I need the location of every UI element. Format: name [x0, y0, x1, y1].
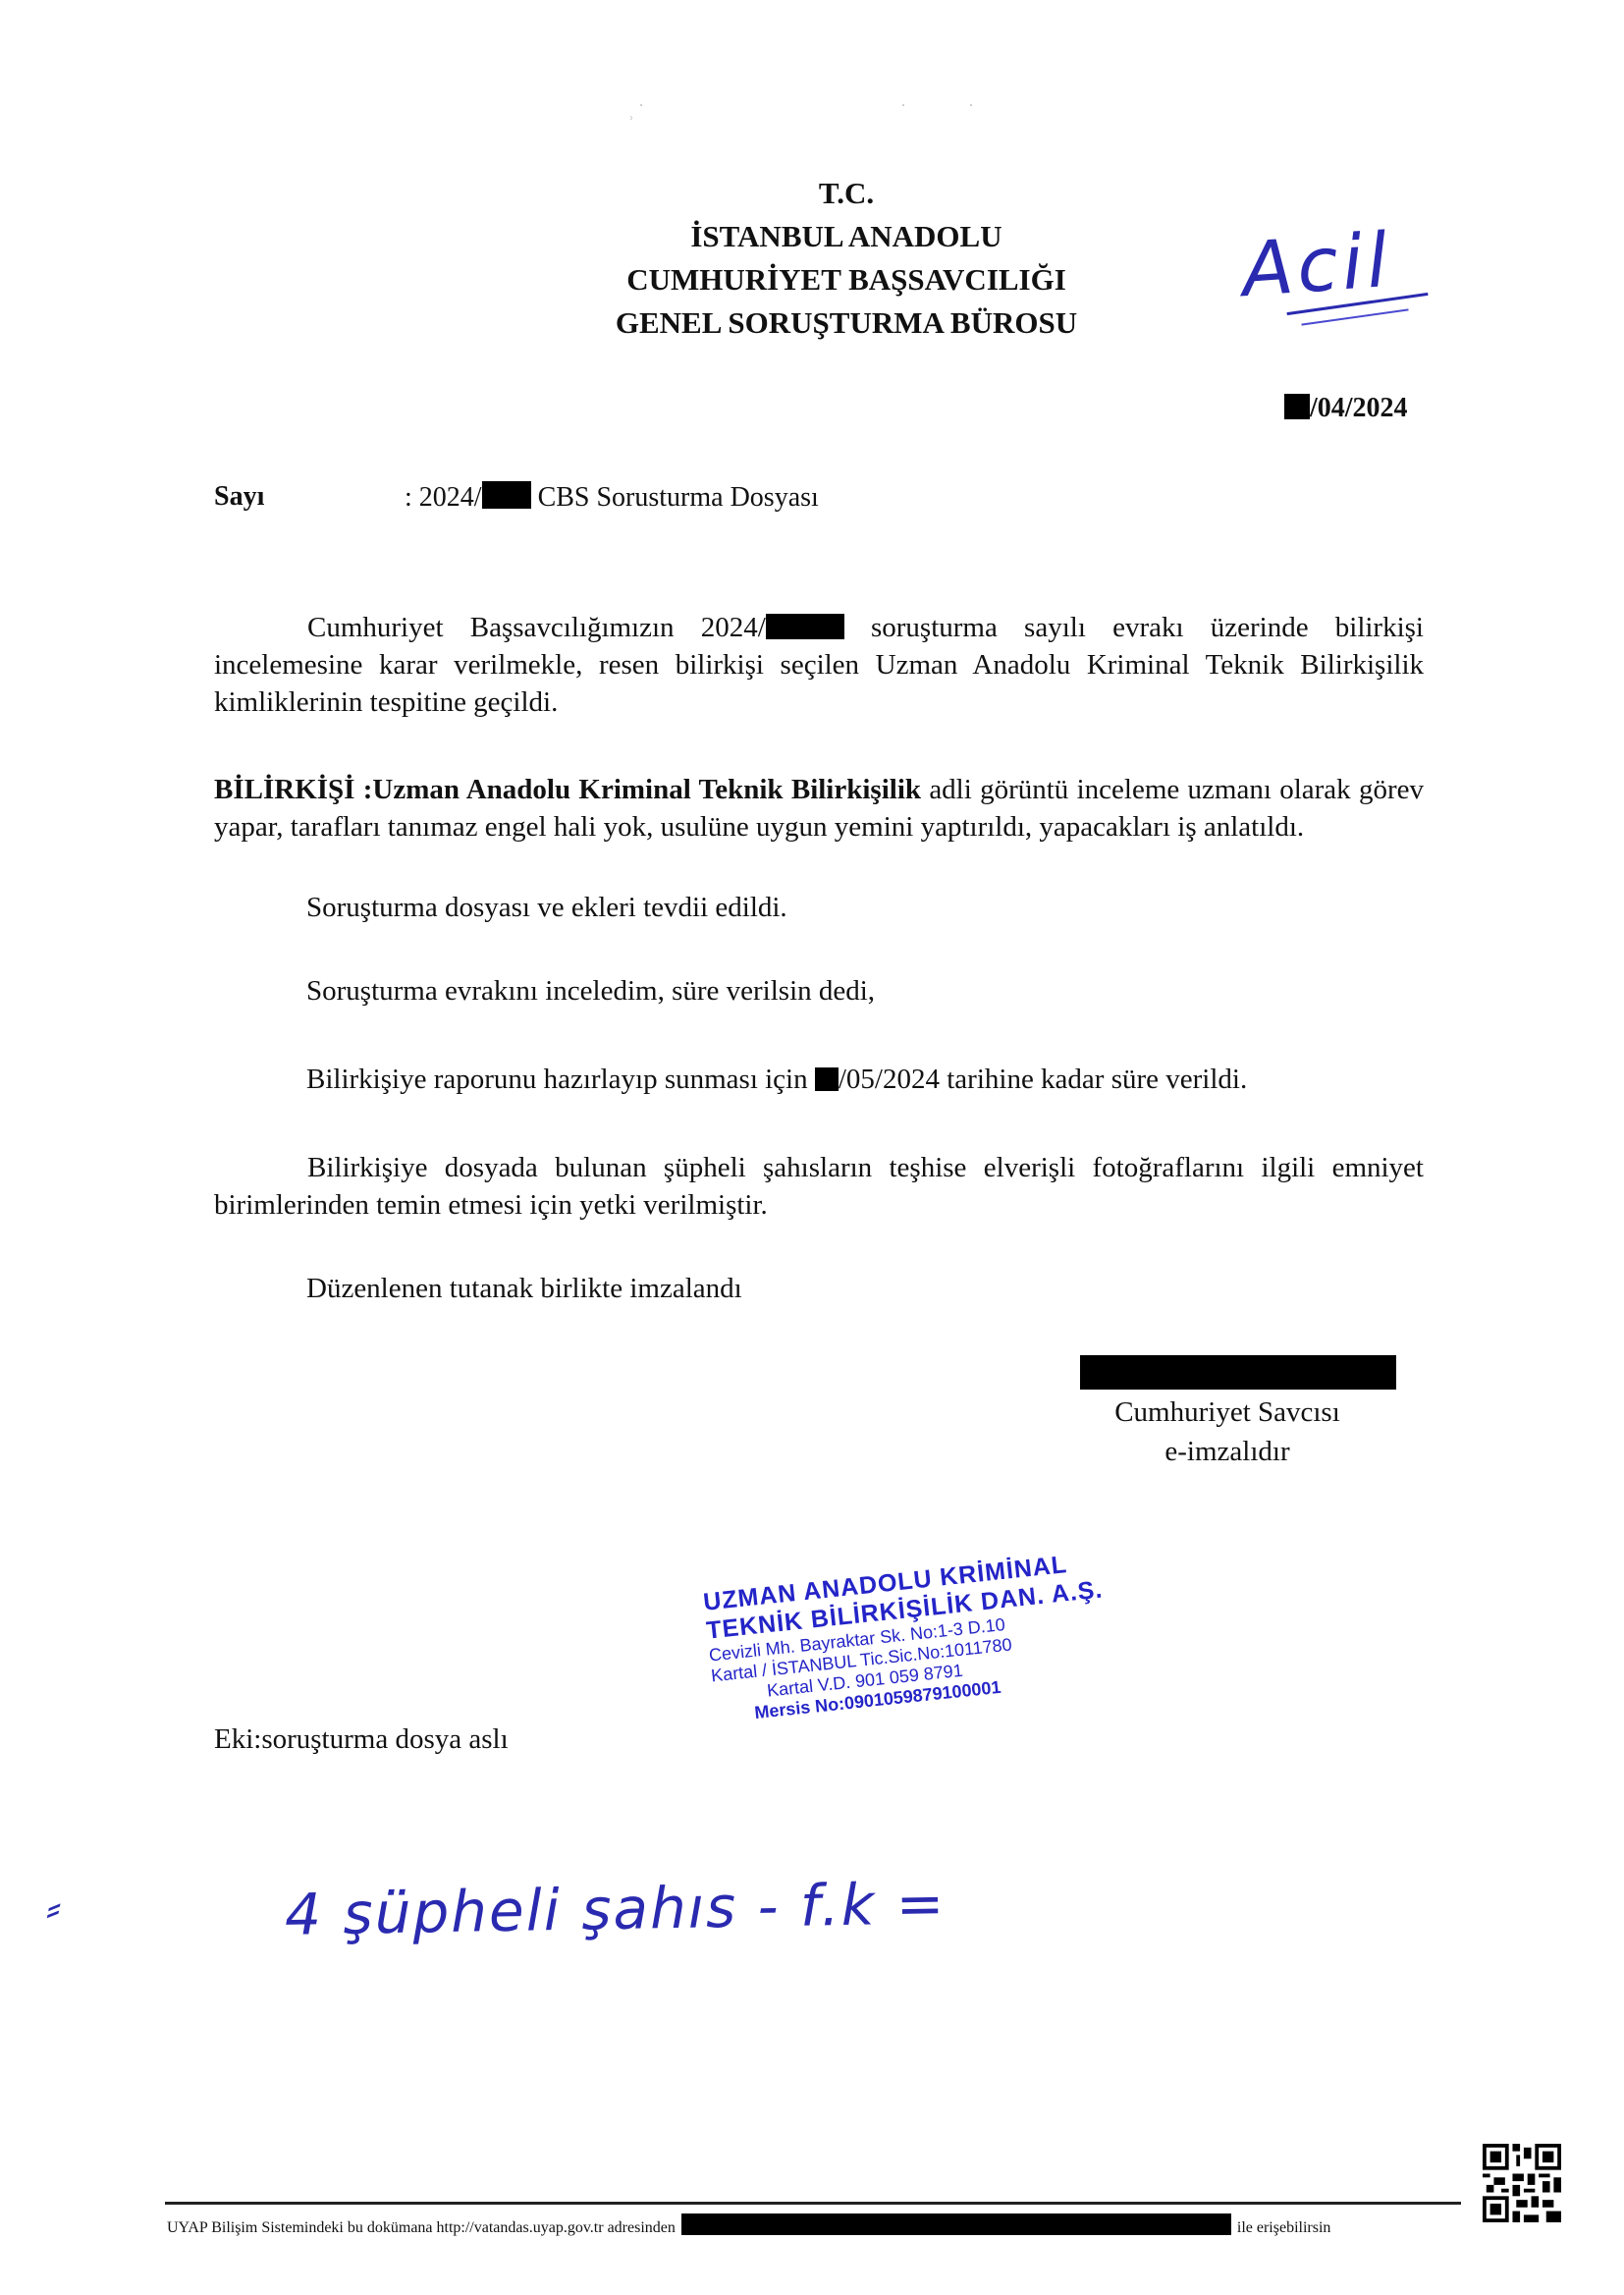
paragraph-5: Bilirkişiye raporunu hazırlayıp sunması …	[306, 1064, 1247, 1096]
redaction-block	[815, 1067, 839, 1091]
scan-specks: ⸒ ˙ ˙ ˙	[628, 98, 974, 122]
paragraph-expert: BİLİRKİŞİ :Uzman Anadolu Kriminal Teknik…	[214, 771, 1424, 846]
redaction-block	[681, 2213, 1231, 2235]
document-date: /04/2024	[1284, 393, 1408, 424]
sayi-label: Sayı	[214, 481, 264, 513]
paragraph-3: Soruşturma dosyası ve ekleri tevdii edil…	[306, 892, 787, 924]
redaction-block	[482, 481, 531, 509]
attachment-note: Eki:soruşturma dosya aslı	[214, 1723, 509, 1756]
signature-redaction	[1080, 1355, 1396, 1390]
header-city: İSTANBUL ANADOLU	[69, 215, 1624, 258]
paragraph-6: Bilirkişiye dosyada bulunan şüpheli şahı…	[214, 1149, 1424, 1224]
paragraph-4: Soruşturma evrakını inceledim, süre veri…	[306, 975, 875, 1008]
qr-code-icon	[1483, 2144, 1561, 2222]
company-stamp: UZMAN ANADOLU KRİMİNAL TEKNİK BİLİRKİŞİL…	[702, 1548, 1112, 1728]
footer-divider	[165, 2202, 1461, 2205]
paragraph-1: Cumhuriyet Başsavcılığımızın 2024/ soruş…	[214, 609, 1424, 721]
urgent-annotation: Acil	[1239, 216, 1394, 313]
handwritten-mark: ⸗	[47, 1885, 60, 1931]
footer-access-note: UYAP Bilişim Sistemindeki bu dokümana ht…	[167, 2213, 1330, 2237]
redaction-block	[766, 614, 844, 639]
signature-title: Cumhuriyet Savcısı	[1080, 1393, 1375, 1432]
redaction-block	[1284, 394, 1310, 419]
date-text: /04/2024	[1310, 393, 1408, 423]
signature-block: Cumhuriyet Savcısı e-imzalıdır	[1080, 1393, 1375, 1471]
signature-note: e-imzalıdır	[1080, 1432, 1375, 1471]
handwritten-note: 4 şüpheli şahıs - f.k =	[284, 1870, 946, 1948]
header-bureau: GENEL SORUŞTURMA BÜROSU	[69, 301, 1624, 345]
header-tc: T.C.	[69, 172, 1624, 215]
sayi-value: : 2024/ CBS Sorusturma Dosyası	[405, 481, 819, 514]
expert-name: :Uzman Anadolu Kriminal Teknik Bilirkişi…	[354, 774, 921, 805]
paragraph-7: Düzenlenen tutanak birlikte imzalandı	[306, 1273, 742, 1305]
expert-label: BİLİRKİŞİ	[214, 774, 354, 805]
